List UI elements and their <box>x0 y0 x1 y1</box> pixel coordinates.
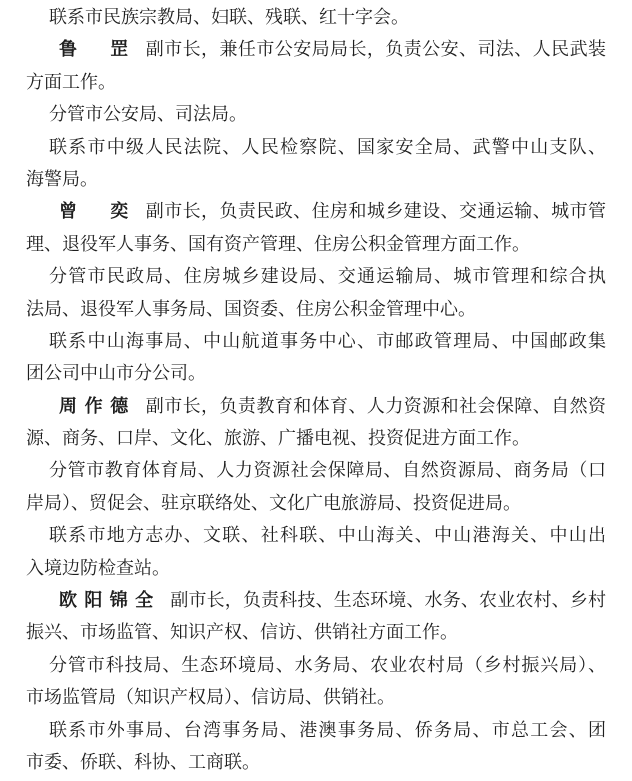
entry-zhou-zuode: 周作德副市长，负责教育和体育、人力资源和社会保障、自然资 源、商务、口岸、文化、… <box>26 390 606 455</box>
paragraph-liaison-religion: 联系市民族宗教局、妇联、残联、红十字会。 <box>26 1 606 33</box>
text-line: 入境边防检查站。 <box>26 552 606 584</box>
text-line: 市场监管局（知识产权局）、信访局、供销社。 <box>26 681 606 713</box>
paragraph-liaison-courts: 联系市中级人民法院、人民检察院、国家安全局、武警中山支队、 海警局。 <box>26 131 606 196</box>
document-page: 联系市民族宗教局、妇联、残联、红十字会。 鲁 罡副市长，兼任市公安局局长，负责公… <box>0 0 632 781</box>
text-line: 团公司中山市分公司。 <box>26 357 606 389</box>
entry-zeng-yi: 曾 奕副市长，负责民政、住房和城乡建设、交通运输、城市管 理、退役军人事务、国有… <box>26 195 606 260</box>
text-line: 分管市科技局、生态环境局、水务局、农业农村局（乡村振兴局）、 <box>26 649 606 681</box>
text-line: 分管市教育体育局、人力资源社会保障局、自然资源局、商务局（口 <box>26 454 606 486</box>
entry-ouyang-jinquan: 欧阳锦全副市长，负责科技、生态环境、水务、农业农村、乡村 振兴、市场监管、知识产… <box>26 584 606 649</box>
official-name: 欧阳锦全 <box>59 590 160 610</box>
entry-lu-gang: 鲁 罡副市长，兼任市公安局局长，负责公安、司法、人民武装 方面工作。 <box>26 33 606 98</box>
text-line: 岸局）、贸促会、驻京联络处、文化广电旅游局、投资促进局。 <box>26 487 606 519</box>
text-line: 周作德副市长，负责教育和体育、人力资源和社会保障、自然资 <box>26 390 606 422</box>
entry-text: 副市长，负责民政、住房和城乡建设、交通运输、城市管 <box>146 201 606 221</box>
text-line: 方面工作。 <box>26 66 606 98</box>
text-line: 理、退役军人事务、国有资产管理、住房公积金管理方面工作。 <box>26 228 606 260</box>
text-line: 市委、侨联、科协、工商联。 <box>26 746 606 778</box>
text-line: 欧阳锦全副市长，负责科技、生态环境、水务、农业农村、乡村 <box>26 584 606 616</box>
paragraph-division-public-security: 分管市公安局、司法局。 <box>26 98 606 130</box>
entry-text: 副市长，负责科技、生态环境、水务、农业农村、乡村 <box>170 590 606 610</box>
text-line: 联系市外事局、台湾事务局、港澳事务局、侨务局、市总工会、团 <box>26 714 606 746</box>
text-line: 曾 奕副市长，负责民政、住房和城乡建设、交通运输、城市管 <box>26 195 606 227</box>
entry-text: 副市长，负责教育和体育、人力资源和社会保障、自然资 <box>146 396 606 416</box>
text-line: 源、商务、口岸、文化、旅游、广播电视、投资促进方面工作。 <box>26 422 606 454</box>
paragraph-liaison-customs: 联系市地方志办、文联、社科联、中山海关、中山港海关、中山出 入境边防检查站。 <box>26 519 606 584</box>
text-line: 联系市地方志办、文联、社科联、中山海关、中山港海关、中山出 <box>26 519 606 551</box>
text-line: 鲁 罡副市长，兼任市公安局局长，负责公安、司法、人民武装 <box>26 33 606 65</box>
text-line: 分管市民政局、住房城乡建设局、交通运输局、城市管理和综合执 <box>26 260 606 292</box>
text-line: 联系中山海事局、中山航道事务中心、市邮政管理局、中国邮政集 <box>26 325 606 357</box>
paragraph-liaison-foreign-affairs: 联系市外事局、台湾事务局、港澳事务局、侨务局、市总工会、团 市委、侨联、科协、工… <box>26 714 606 779</box>
text-line: 海警局。 <box>26 163 606 195</box>
official-name: 鲁 罡 <box>59 39 136 59</box>
official-name: 周作德 <box>59 396 136 416</box>
paragraph-division-science-tech: 分管市科技局、生态环境局、水务局、农业农村局（乡村振兴局）、 市场监管局（知识产… <box>26 649 606 714</box>
text-line: 联系市中级人民法院、人民检察院、国家安全局、武警中山支队、 <box>26 131 606 163</box>
entry-text: 副市长，兼任市公安局局长，负责公安、司法、人民武装 <box>146 39 606 59</box>
text-line: 振兴、市场监管、知识产权、信访、供销社方面工作。 <box>26 616 606 648</box>
paragraph-division-civil-affairs: 分管市民政局、住房城乡建设局、交通运输局、城市管理和综合执 法局、退役军人事务局… <box>26 260 606 325</box>
text-line: 法局、退役军人事务局、国资委、住房公积金管理中心。 <box>26 293 606 325</box>
paragraph-division-education: 分管市教育体育局、人力资源社会保障局、自然资源局、商务局（口 岸局）、贸促会、驻… <box>26 454 606 519</box>
text-line: 联系市民族宗教局、妇联、残联、红十字会。 <box>26 1 606 33</box>
official-name: 曾 奕 <box>59 201 136 221</box>
paragraph-liaison-maritime: 联系中山海事局、中山航道事务中心、市邮政管理局、中国邮政集 团公司中山市分公司。 <box>26 325 606 390</box>
text-line: 分管市公安局、司法局。 <box>26 98 606 130</box>
